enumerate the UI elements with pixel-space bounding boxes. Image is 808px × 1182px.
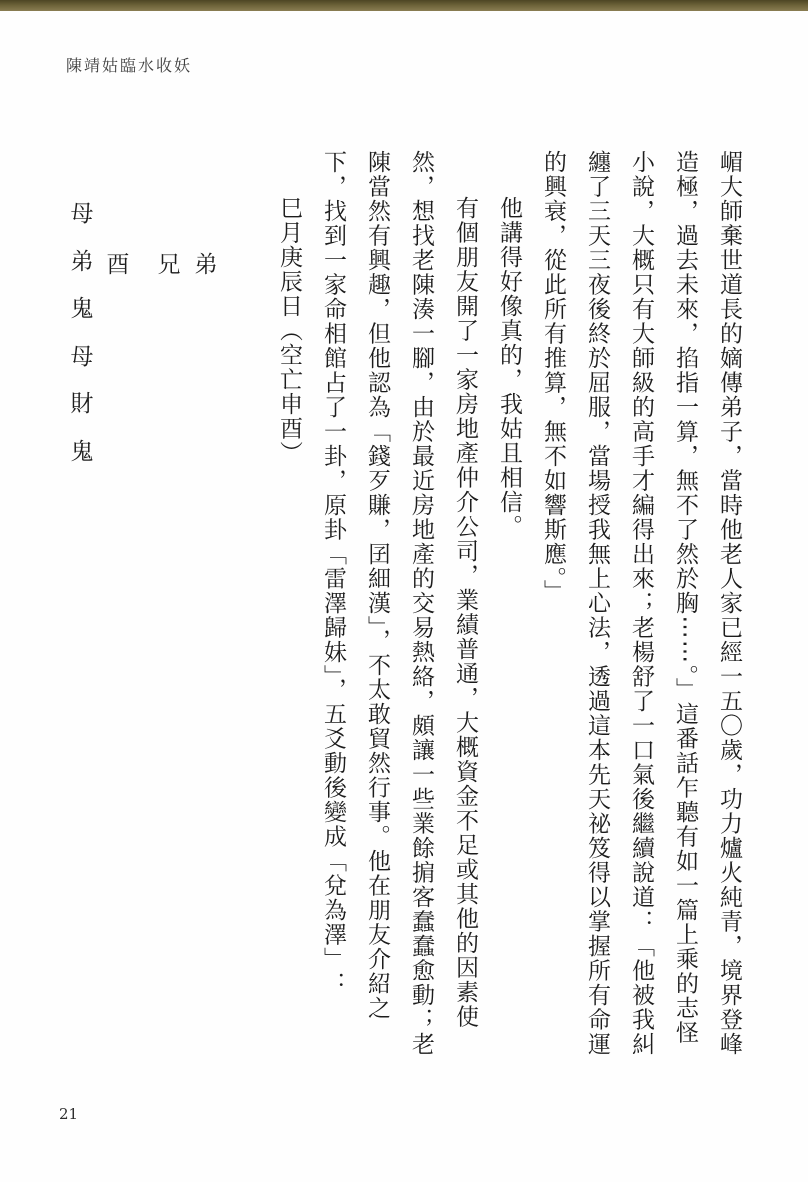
hexagram-char-row2-mid: 兄 [156, 253, 182, 277]
hexagram-left-column: 母 弟 鬼 母 財 鬼 [69, 203, 95, 464]
hexagram-line-4: 母 [69, 346, 95, 369]
body-text: 嵋大師棄世道長的嫡傳弟子，當時他老人家已經一五〇歲，功力爐火純青，境界登峰造極，… [267, 150, 751, 1062]
hexagram-chart: 弟 兄 酉 母 弟 鬼 母 財 鬼 [58, 203, 288, 503]
paragraph-2: 他講得好像真的，我姑且相信。 [487, 150, 531, 1062]
page-number: 21 [59, 1105, 78, 1123]
paragraph-3: 有個朋友開了一家房地產仲介公司，業績普通，大概資金不足或其他的因素使然，想找老陳… [311, 150, 487, 1062]
hexagram-line-6: 鬼 [69, 441, 95, 464]
hexagram-line-1: 母 [69, 203, 95, 226]
top-bar [0, 0, 808, 11]
hexagram-line-5: 財 [69, 393, 95, 416]
book-page: 陳靖姑臨水收妖 嵋大師棄世道長的嫡傳弟子，當時他老人家已經一五〇歲，功力爐火純青… [0, 0, 808, 1182]
hexagram-line-2: 弟 [69, 251, 95, 274]
paragraph-1: 嵋大師棄世道長的嫡傳弟子，當時他老人家已經一五〇歲，功力爐火純青，境界登峰造極，… [531, 150, 751, 1062]
running-header-title: 陳靖姑臨水收妖 [66, 53, 192, 76]
hexagram-char-row2-right: 弟 [193, 253, 219, 277]
hexagram-char-row2-branch: 酉 [105, 253, 131, 277]
hexagram-line-3: 鬼 [69, 298, 95, 321]
